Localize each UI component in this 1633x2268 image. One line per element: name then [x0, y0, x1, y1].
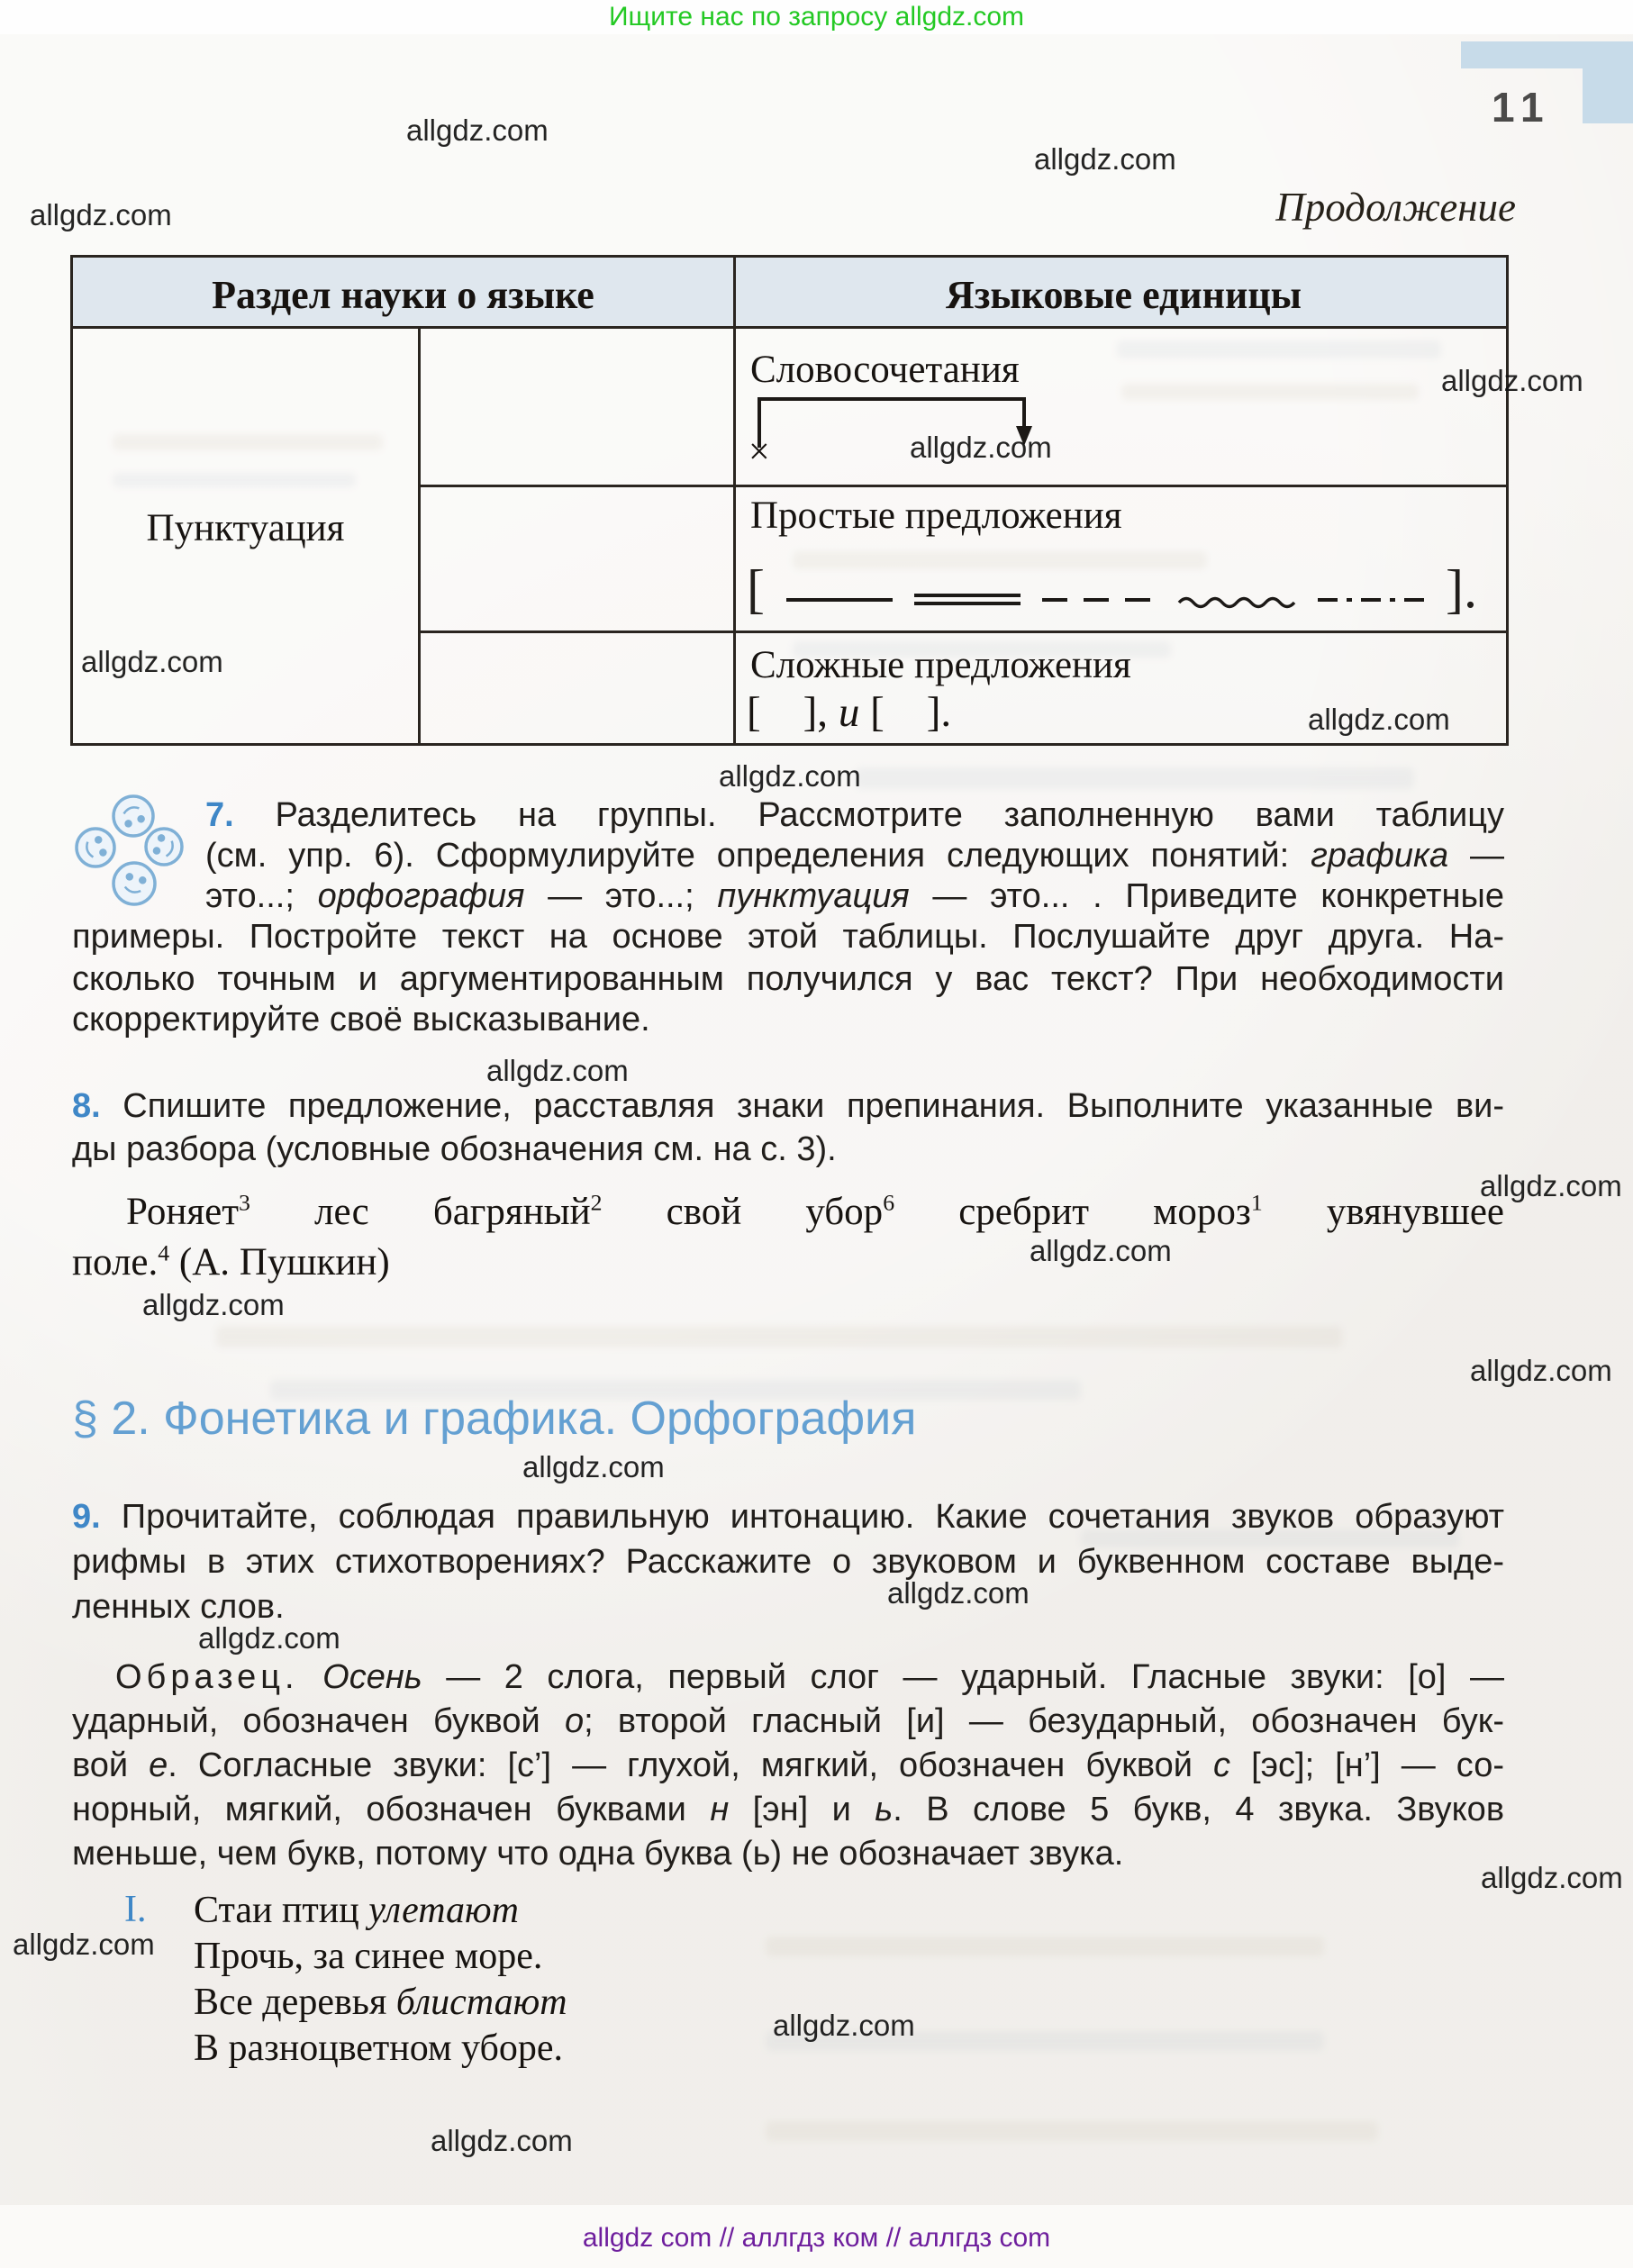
promo-banner: Ищите нас по запросу allgdz.com	[0, 2, 1633, 32]
table-header-right: Языковые единицы	[736, 272, 1511, 318]
head-word-mark: ×	[748, 431, 770, 474]
table-cell-complex-sentences: Сложные предложения	[750, 643, 1131, 687]
ghost-artifact	[766, 2121, 1378, 2141]
watermark: allgdz.com	[431, 2124, 573, 2158]
watermark: allgdz.com	[13, 1928, 155, 1962]
corner-decoration	[1583, 41, 1633, 123]
attribute-wavy-underline	[1177, 593, 1296, 609]
group-work-icon	[70, 793, 205, 910]
sample-line: Образец. Осень — 2 слога, первый слог — …	[115, 1656, 1504, 1698]
watermark: allgdz.com	[1030, 1234, 1172, 1268]
textbook-page-scan: Ищите нас по запросу allgdz.com 11 Продо…	[0, 0, 1633, 2268]
ghost-artifact	[216, 1326, 1342, 1347]
sample-line: норный, мягкий, обозначен буквами н [эн]…	[72, 1789, 1504, 1830]
adverbial-underline	[1318, 598, 1424, 602]
watermark: allgdz.com	[486, 1054, 629, 1088]
watermark: allgdz.com	[81, 645, 223, 679]
exercise7-line: скорректируйте своё высказывание.	[72, 999, 1504, 1040]
watermark: allgdz.com	[773, 2009, 915, 2043]
watermark: allgdz.com	[910, 431, 1052, 465]
table-header-left: Раздел науки о языке	[73, 272, 733, 318]
exercise7-line: это...; орфография — это...; пунктуация …	[205, 875, 1504, 917]
poem-line: В разноцветном уборе.	[194, 2026, 563, 2071]
object-underline	[1042, 598, 1156, 602]
watermark: allgdz.com	[1480, 1169, 1622, 1203]
exercise7-line: 7. Разделитесь на группы. Рассмотрите за…	[205, 794, 1504, 836]
table-cell-simple-sentences: Простые предложения	[750, 494, 1122, 538]
table-cell-punctuation: Пунктуация	[73, 506, 418, 550]
watermark: allgdz.com	[1308, 703, 1450, 737]
exercise9-line: 9. Прочитайте, соблюдая правильную интон…	[72, 1496, 1504, 1538]
table-gridline	[418, 485, 1506, 487]
watermark: allgdz.com	[1470, 1354, 1612, 1388]
watermark: allgdz.com	[406, 113, 549, 148]
ghost-artifact	[856, 767, 1414, 789]
exercise8-line: ды разбора (условные обозначения см. на …	[72, 1129, 1504, 1170]
corner-decoration	[1461, 41, 1592, 68]
watermark: allgdz.com	[887, 1576, 1030, 1610]
exercise9-line: рифмы в этих стихотворениях? Расскажите …	[72, 1541, 1504, 1583]
section-heading: § 2. Фонетика и графика. Орфография	[72, 1392, 1513, 1446]
sample-line: меньше, чем букв, потому что одна буква …	[72, 1833, 1504, 1874]
bracket-close: ].	[1446, 562, 1477, 616]
poem-line: Стаи птиц улетают	[194, 1888, 519, 1933]
continuation-label: Продолжение	[1275, 184, 1516, 231]
footer-text: allgdz com // аллгдз ком // аллгдз com	[0, 2223, 1633, 2254]
table-gridline	[418, 329, 421, 743]
watermark: allgdz.com	[142, 1288, 285, 1322]
watermark: allgdz.com	[522, 1450, 665, 1484]
simple-sentence-scheme: [ ].	[747, 546, 1477, 616]
watermark: allgdz.com	[1034, 142, 1176, 177]
complex-sentence-scheme: [ ], и [ ].	[747, 688, 951, 737]
watermark: allgdz.com	[1441, 364, 1583, 398]
quote-line: Роняет3 лес багряный2 свой убор6 сребрит…	[126, 1189, 1504, 1236]
predicate-underline	[914, 594, 1021, 605]
exercise7-line: (см. упр. 6). Сформулируйте определения …	[205, 835, 1504, 876]
table-cell-phrases: Словосочетания	[750, 348, 1020, 392]
poem-line: Прочь, за синее море.	[194, 1934, 542, 1979]
bracket-open: [	[747, 562, 765, 616]
exercise8-line: 8. Спишите предложение, расставляя знаки…	[72, 1085, 1504, 1127]
language-units-table: Раздел науки о языке Языковые единицы Пу…	[70, 255, 1509, 746]
sample-line: вой е. Согласные звуки: [с’] — глухой, м…	[72, 1745, 1504, 1786]
ghost-artifact	[766, 1937, 1324, 1956]
exercise7-line: примеры. Постройте текст на основе этой …	[72, 916, 1504, 957]
quote-line: поле.4 (А. Пушкин)	[72, 1239, 1504, 1286]
table-gridline	[733, 258, 736, 743]
poem-line: Все деревья блистают	[194, 1980, 567, 2025]
watermark: allgdz.com	[198, 1621, 340, 1656]
table-gridline	[418, 631, 1506, 633]
watermark: allgdz.com	[30, 198, 172, 232]
watermark: allgdz.com	[1481, 1861, 1623, 1895]
sample-line: ударный, обозначен буквой о; второй глас…	[72, 1701, 1504, 1742]
page-number: 11	[1492, 83, 1552, 132]
watermark: allgdz.com	[719, 759, 861, 794]
poem-numeral: I.	[124, 1888, 147, 1931]
exercise7-line: сколько точным и аргументированным получ…	[72, 958, 1504, 1000]
subject-underline	[786, 598, 893, 602]
